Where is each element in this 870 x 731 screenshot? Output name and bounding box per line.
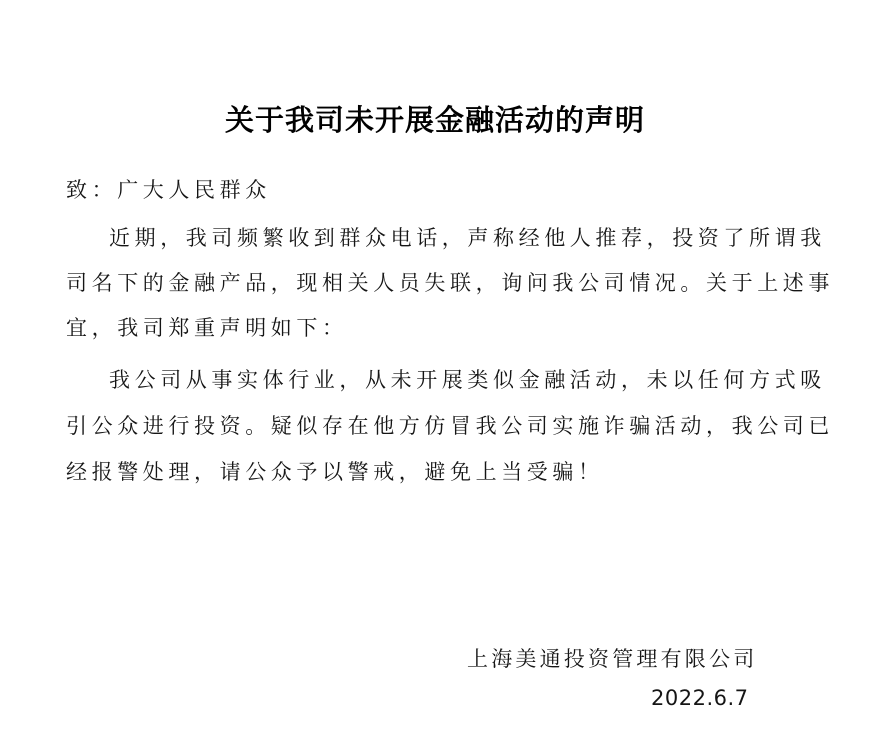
document-title: 关于我司未开展金融活动的声明 (0, 98, 870, 139)
paragraph-2-line-1: 我公司从事实体行业，从未开展类似金融活动，未以任何方式吸 (109, 364, 826, 394)
signature-date: 2022.6.7 (651, 686, 749, 710)
paragraph-1-line-3: 宜，我司郑重声明如下： (66, 312, 348, 342)
statement-document: 关于我司未开展金融活动的声明 致：广大人民群众 近期，我司频繁收到群众电话，声称… (0, 0, 870, 731)
paragraph-2-line-3: 经报警处理，请公众予以警戒，避免上当受骗！ (66, 456, 604, 486)
signature-company: 上海美通投资管理有限公司 (467, 643, 757, 673)
paragraph-1-line-1: 近期，我司频繁收到群众电话，声称经他人推荐，投资了所谓我 (109, 222, 826, 252)
paragraph-1-line-2: 司名下的金融产品，现相关人员失联，询问我公司情况。关于上述事 (66, 267, 834, 297)
addressee-line: 致：广大人民群众 (66, 174, 271, 204)
paragraph-2-line-2: 引公众进行投资。疑似存在他方仿冒我公司实施诈骗活动，我公司已 (66, 410, 834, 440)
